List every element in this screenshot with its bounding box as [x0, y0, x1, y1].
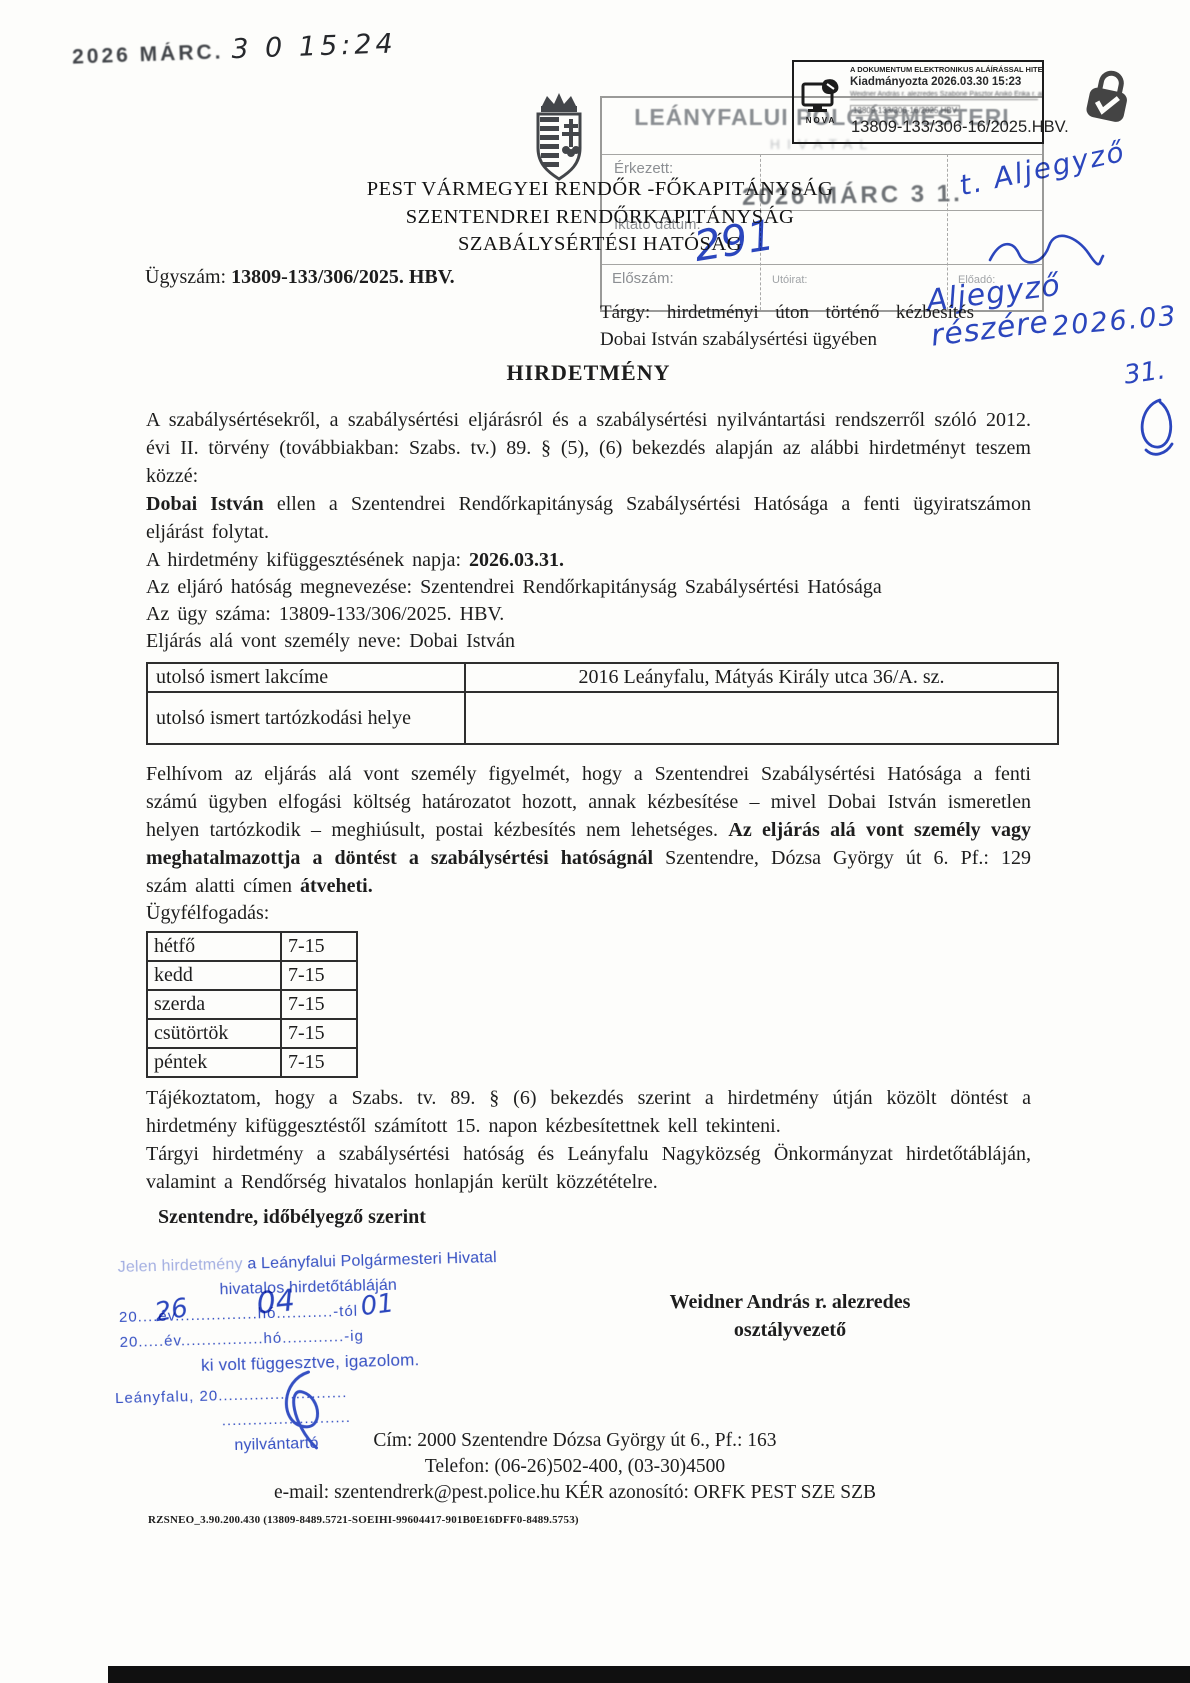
- subject-person-name: Dobai István: [146, 493, 264, 515]
- org-line-1: PEST VÁRMEGYEI RENDŐR -FŐKAPITÁNYSÁG: [300, 176, 900, 204]
- nova-brand-label: NOVA: [806, 116, 837, 125]
- paragraph-subject-person: Dobai István ellen a Szentendrei Rendőrk…: [146, 490, 1031, 546]
- stamp-grid-line: [602, 154, 1042, 155]
- paragraph-publication-info: Tárgyi hirdetmény a szabálysértési hatós…: [146, 1140, 1031, 1196]
- handwritten-day-note: 31.: [1122, 355, 1167, 390]
- residence-row-value: [465, 692, 1058, 744]
- top-date-stamp: 2026 MÁRC.3 0 15:24: [72, 28, 398, 70]
- stamp-grid-line: [602, 264, 1042, 265]
- top-date-stamp-date: 2026 MÁRC.: [72, 40, 224, 68]
- address-table: utolsó ismert lakcíme 2016 Leányfalu, Má…: [146, 662, 1059, 745]
- esig-certified-line: A DOKUMENTUM ELEKTRONIKUS ALÁÍRÁSSAL HIT…: [850, 65, 1038, 74]
- address-row-label: utolsó ismert lakcíme: [147, 663, 465, 692]
- esig-signers-line: Weidner András r. alezredes Szabóné Pász…: [850, 91, 1038, 100]
- signature-block: Weidner András r. alezredes osztályvezet…: [635, 1288, 945, 1344]
- case-number-line: Ügyszám: 13809-133/306/2025. HBV.: [145, 266, 455, 289]
- monitor-hand-icon: [801, 79, 841, 115]
- closing-paragraphs: Tájékoztatom, hogy a Szabs. tv. 89. § (6…: [146, 1084, 1031, 1196]
- office-hours-value: 7-15: [281, 1048, 357, 1077]
- notice-part-4-bold: átveheti.: [300, 875, 373, 897]
- signer-title: osztályvezető: [635, 1316, 945, 1344]
- handwritten-month: 04: [255, 1283, 296, 1321]
- system-identifier: RZSNEO_3.90.200.430 (13809-8489.5721-SOE…: [148, 1514, 579, 1526]
- posting-certification-stamp: Jelen hirdetmény a Leányfalui Polgármest…: [117, 1245, 502, 1461]
- esig-icon-column: NOVA: [794, 62, 848, 142]
- padlock-check-icon: [1080, 60, 1137, 128]
- table-row: utolsó ismert tartózkodási helye: [147, 692, 1058, 744]
- paragraph-posting-date: A hirdetmény kifüggesztésének napja: 202…: [146, 546, 1031, 574]
- office-hours-day: péntek: [147, 1048, 281, 1077]
- paragraph-person-name: Eljárás alá vont személy neve: Dobai Ist…: [146, 627, 1031, 655]
- office-hours-value: 7-15: [281, 1019, 357, 1048]
- dateline: Szentendre, időbélyegző szerint: [158, 1206, 426, 1229]
- posting-stamp-line-1-rest: a Leányfalui Polgármesteri Hivatal: [242, 1249, 497, 1273]
- residence-row-label: utolsó ismert tartózkodási helye: [147, 692, 465, 744]
- footer-email: e-mail: szentendrerk@pest.police.hu KÉR …: [145, 1480, 1005, 1506]
- top-date-stamp-time-handwritten: 3 0 15:24: [231, 28, 397, 65]
- office-hours-day: kedd: [147, 961, 281, 990]
- table-row: utolsó ismert lakcíme 2016 Leányfalu, Má…: [147, 663, 1058, 692]
- paragraph-case-number: Az ügy száma: 13809-133/306/2025. HBV.: [146, 600, 1031, 628]
- registrar-signature-squiggle: [270, 1367, 342, 1455]
- posting-stamp-line-1-faint: Jelen hirdetmény: [117, 1256, 242, 1276]
- handwritten-day: 01: [359, 1288, 396, 1322]
- handwritten-year: 26: [153, 1293, 191, 1328]
- posting-date-label: A hirdetmény kifüggesztésének napja:: [146, 549, 469, 571]
- received-label: Érkezett:: [614, 160, 673, 177]
- office-hours-label: Ügyfélfogadás:: [146, 902, 269, 925]
- office-hours-value: 7-15: [281, 990, 357, 1019]
- table-row: kedd 7-15: [147, 961, 357, 990]
- document-title: HIRDETMÉNY: [146, 360, 1031, 386]
- case-number-value: 13809-133/306/2025. HBV.: [231, 266, 455, 288]
- case-reference-number: 13809-133/306-16/2025.HBV.: [851, 118, 1069, 137]
- scanned-document-page: 2026 MÁRC.3 0 15:24 LEÁNYFALUI POLGÁRMES…: [0, 0, 1190, 1683]
- address-row-value: 2016 Leányfalu, Mátyás Király utca 36/A.…: [465, 663, 1058, 692]
- table-row: hétfő 7-15: [147, 932, 357, 961]
- office-hours-day: csütörtök: [147, 1019, 281, 1048]
- table-row: péntek 7-15: [147, 1048, 357, 1077]
- office-hours-value: 7-15: [281, 932, 357, 961]
- paragraph-authority-name: Az eljáró hatóság megnevezése: Szentendr…: [146, 573, 1031, 601]
- office-hours-day: hétfő: [147, 932, 281, 961]
- footer-phone: Telefon: (06-26)502-400, (03-30)4500: [145, 1454, 1005, 1480]
- esig-ref-line: 13809-133/306-16/2025 HBV: [850, 105, 960, 116]
- table-row: szerda 7-15: [147, 990, 357, 1019]
- hungarian-coat-of-arms: [528, 92, 590, 182]
- paragraph-notice: Felhívom az eljárás alá vont személy fig…: [146, 760, 1031, 900]
- org-line-3: SZABÁLYSÉRTÉSI HATÓSÁG: [300, 231, 900, 259]
- scan-artifact-bar: [108, 1666, 1190, 1683]
- paragraph-legal-basis: A szabálysértésekről, a szabálysértési e…: [146, 406, 1031, 490]
- organization-header: PEST VÁRMEGYEI RENDŐR -FŐKAPITÁNYSÁG SZE…: [300, 176, 900, 259]
- subject-line: Tárgy: hirdetményi úton történő kézbesít…: [600, 299, 974, 353]
- eloszam-label: Előszám:: [612, 270, 674, 287]
- office-hours-day: szerda: [147, 990, 281, 1019]
- table-row: csütörtök 7-15: [147, 1019, 357, 1048]
- office-hours-table: hétfő 7-15 kedd 7-15 szerda 7-15 csütört…: [146, 931, 358, 1078]
- org-line-2: SZENTENDREI RENDŐRKAPITÁNYSÁG: [300, 204, 900, 232]
- handwritten-initial-signature: [1132, 396, 1184, 458]
- esig-issued-line: Kiadmányozta 2026.03.30 15:23: [850, 76, 1038, 88]
- office-hours-value: 7-15: [281, 961, 357, 990]
- signer-name: Weidner András r. alezredes: [635, 1288, 945, 1316]
- paragraph-deadline-info: Tájékoztatom, hogy a Szabs. tv. 89. § (6…: [146, 1084, 1031, 1140]
- posting-date-value: 2026.03.31.: [469, 549, 564, 571]
- utoirat-label: Utóirat:: [772, 274, 807, 286]
- paragraph-subject-person-rest: ellen a Szentendrei Rendőrkapitányság Sz…: [146, 493, 1031, 543]
- case-number-label: Ügyszám:: [145, 266, 231, 288]
